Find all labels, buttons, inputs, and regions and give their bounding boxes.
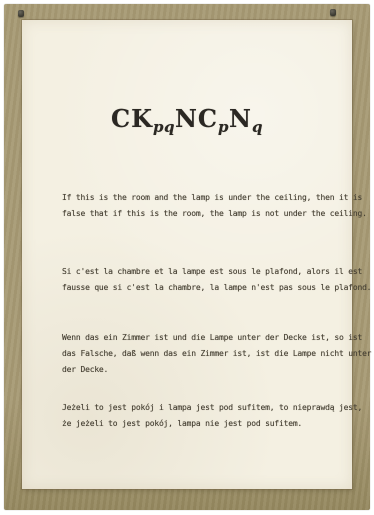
- pin-top-right: [330, 9, 336, 16]
- artwork-photo: CKpqNCpNq If this is the room and the la…: [0, 0, 374, 515]
- title-subscript: q: [252, 118, 263, 136]
- paragraph-german: Wenn das ein Zimmer ist und die Lampe un…: [62, 330, 374, 377]
- paragraph-french: Si c'est la chambre et la lampe est sous…: [62, 264, 374, 296]
- text-line: fausse que si c'est la chambre, la lampe…: [62, 280, 374, 296]
- text-line: Si c'est la chambre et la lampe est sous…: [62, 264, 374, 280]
- text-line: Jeżeli to jest pokój i lampa jest pod su…: [62, 400, 374, 416]
- paragraph-english: If this is the room and the lamp is unde…: [62, 190, 374, 222]
- text-line: If this is the room and the lamp is unde…: [62, 190, 374, 206]
- text-line: że jeżeli to jest pokój, lampa nie jest …: [62, 416, 374, 432]
- title-caps: NC: [175, 104, 218, 133]
- title-caps: N: [229, 104, 252, 133]
- title-caps: CK: [111, 104, 153, 133]
- paragraph-polish: Jeżeli to jest pokój i lampa jest pod su…: [62, 400, 374, 432]
- title-subscript: p: [218, 118, 229, 136]
- title-subscript: pq: [153, 118, 175, 136]
- text-line: der Decke.: [62, 362, 374, 378]
- pin-top-left: [18, 10, 24, 17]
- text-line: false that if this is the room, the lamp…: [62, 206, 374, 222]
- paper-sheet: CKpqNCpNq If this is the room and the la…: [22, 20, 352, 489]
- text-line: das Falsche, daß wenn das ein Zimmer ist…: [62, 346, 374, 362]
- artwork-title: CKpqNCpNq: [22, 104, 352, 133]
- text-line: Wenn das ein Zimmer ist und die Lampe un…: [62, 330, 374, 346]
